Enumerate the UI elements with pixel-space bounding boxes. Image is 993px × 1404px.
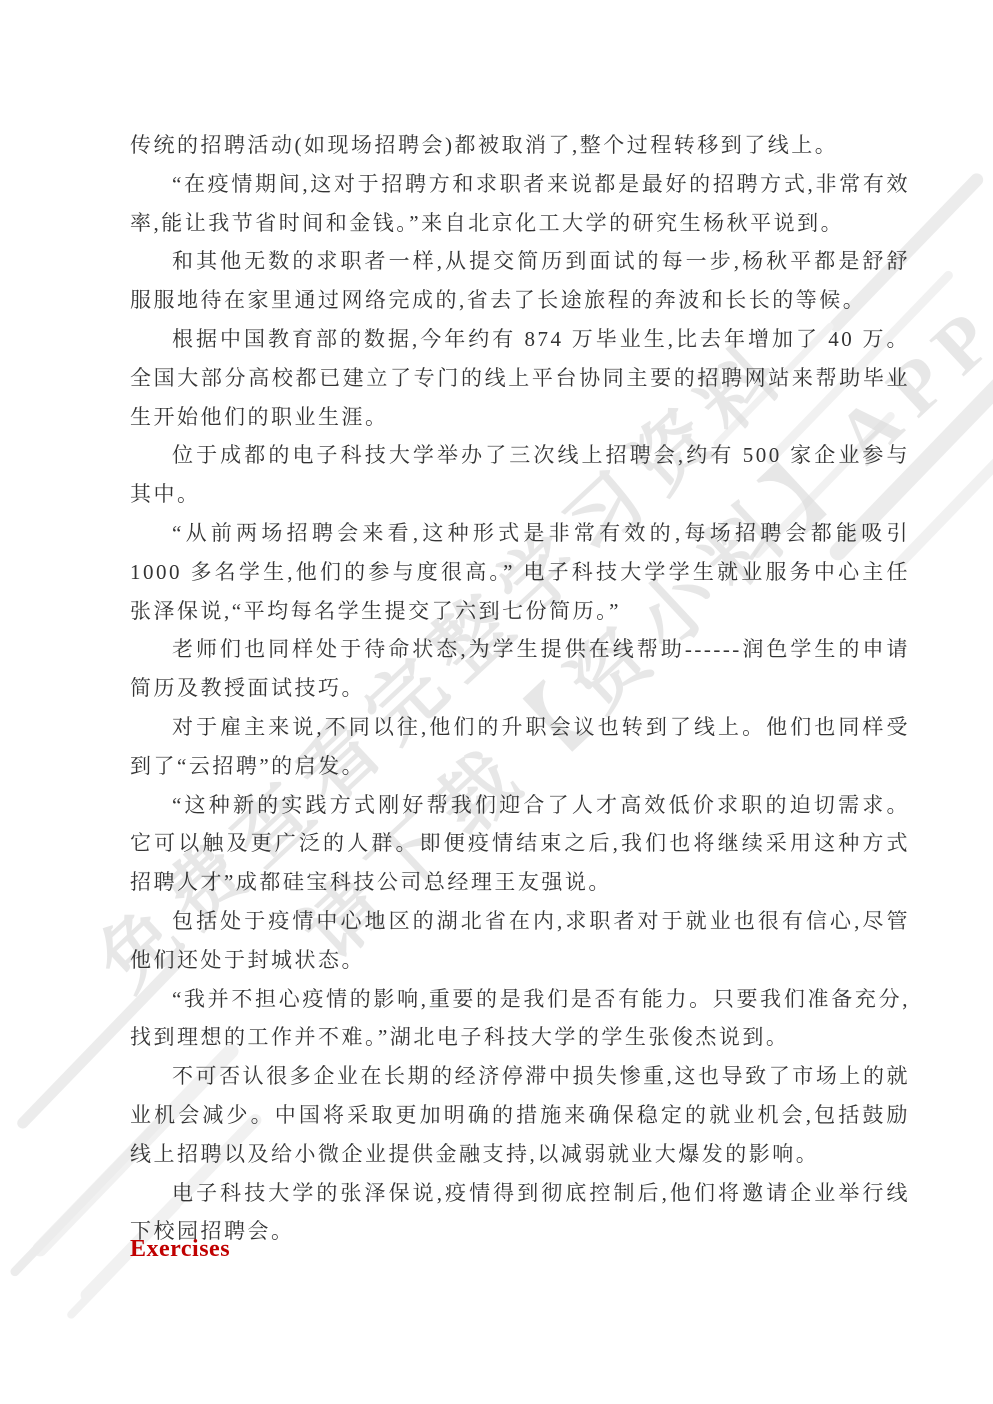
paragraph-7: 老师们也同样处于待命状态,为学生提供在线帮助------润色学生的申请简历及教授… xyxy=(130,630,910,708)
paragraph-11: “我并不担心疫情的影响,重要的是我们是否有能力。只要我们准备充分,找到理想的工作… xyxy=(130,980,910,1058)
paragraph-8: 对于雇主来说,不同以往,他们的升职会议也转到了线上。他们也同样受到了“云招聘”的… xyxy=(130,708,910,786)
paragraph-10: 包括处于疫情中心地区的湖北省在内,求职者对于就业也很有信心,尽管他们还处于封城状… xyxy=(130,902,910,980)
exercises-heading: Exercises xyxy=(130,1236,230,1263)
article-body: 传统的招聘活动(如现场招聘会)都被取消了,整个过程转移到了线上。 “在疫情期间,… xyxy=(130,126,910,1251)
paragraph-9: “这种新的实践方式刚好帮我们迎合了人才高效低价求职的迫切需求。它可以触及更广泛的… xyxy=(130,786,910,902)
paragraph-6: “从前两场招聘会来看,这种形式是非常有效的,每场招聘会都能吸引 1000 多名学… xyxy=(130,514,910,630)
paragraph-1: 传统的招聘活动(如现场招聘会)都被取消了,整个过程转移到了线上。 xyxy=(130,126,910,165)
paragraph-13: 电子科技大学的张泽保说,疫情得到彻底控制后,他们将邀请企业举行线下校园招聘会。 xyxy=(130,1174,910,1252)
paragraph-4: 根据中国教育部的数据,今年约有 874 万毕业生,比去年增加了 40 万。全国大… xyxy=(130,320,910,436)
paragraph-5: 位于成都的电子科技大学举办了三次线上招聘会,约有 500 家企业参与其中。 xyxy=(130,436,910,514)
paragraph-3: 和其他无数的求职者一样,从提交简历到面试的每一步,杨秋平都是舒舒服服地待在家里通… xyxy=(130,242,910,320)
paragraph-12: 不可否认很多企业在长期的经济停滞中损失惨重,这也导致了市场上的就业机会减少。中国… xyxy=(130,1057,910,1173)
paragraph-2: “在疫情期间,这对于招聘方和求职者来说都是最好的招聘方式,非常有效率,能让我节省… xyxy=(130,165,910,243)
